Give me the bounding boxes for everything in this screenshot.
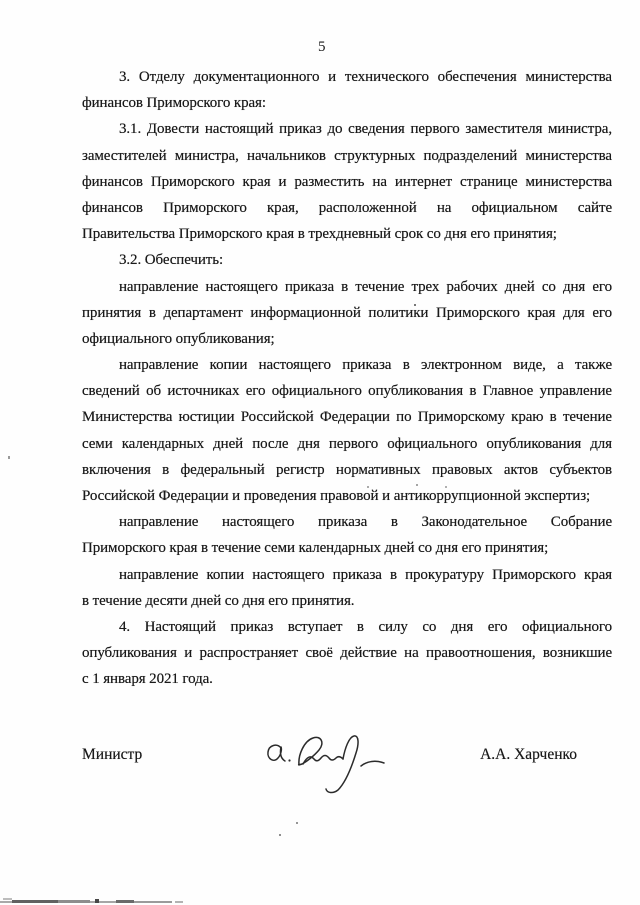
scan-edge-artifact: [134, 901, 172, 903]
scan-edge-artifact: [90, 901, 116, 903]
text-line: с 1 января 2021 года.: [82, 666, 612, 692]
text-line: включения в федеральный регистр норматив…: [82, 457, 612, 483]
text-line: семи календарных дней после дня первого …: [82, 431, 612, 457]
text-line: сведений об источниках его официального …: [82, 378, 612, 404]
text-line: в течение десяти дней со дня его приняти…: [82, 588, 612, 614]
text-line: 3. Отделу документационного и техническо…: [82, 64, 612, 90]
signer-name-label: А.А. Харченко: [480, 746, 577, 764]
text-line: 4. Настоящий приказ вступает в силу со д…: [82, 614, 612, 640]
scan-speck: [296, 822, 298, 824]
scanned-document-page: 5 3. Отделу документационного и техничес…: [0, 0, 640, 905]
scan-edge-artifact: [95, 899, 99, 903]
scan-edge-artifact: [0, 901, 12, 903]
text-line: направление настоящего приказа в Законод…: [82, 509, 612, 535]
scan-speck: [416, 484, 418, 486]
text-line: опубликования и распространяет своё дейс…: [82, 640, 612, 666]
text-line: 3.2. Обеспечить:: [82, 247, 612, 273]
text-line: Правительства Приморского края в трехдне…: [82, 221, 612, 247]
scan-edge-artifact: [175, 901, 183, 903]
text-line: финансов Приморского края и разместить н…: [82, 169, 612, 195]
scan-speck: [8, 456, 10, 459]
document-body: 3. Отделу документационного и техническо…: [82, 64, 612, 693]
page-number: 5: [0, 39, 640, 56]
scan-speck: [445, 486, 447, 488]
scan-speck: [367, 486, 369, 488]
scan-edge-artifact: [116, 900, 134, 903]
signer-role-label: Министр: [82, 746, 142, 764]
text-line: направление копии настоящего приказа в п…: [82, 562, 612, 588]
text-line: Российской Федерации и проведения правов…: [82, 483, 612, 509]
text-line: направление копии настоящего приказа в э…: [82, 352, 612, 378]
text-line: финансов Приморского края, расположенной…: [82, 195, 612, 221]
scan-edge-artifact: [3, 898, 12, 900]
text-line: Приморского края в течение семи календар…: [82, 535, 612, 561]
text-line: заместителей министра, начальников струк…: [82, 143, 612, 169]
scan-edge-artifact: [12, 900, 58, 903]
text-line: Министерства юстиции Российской Федераци…: [82, 404, 612, 430]
text-line: 3.1. Довести настоящий приказ до сведени…: [82, 116, 612, 142]
handwritten-signature-icon: [252, 731, 397, 801]
scan-speck: [414, 304, 416, 306]
text-line: направление настоящего приказа в течение…: [82, 274, 612, 300]
text-line: принятия в департамент информационной по…: [82, 300, 612, 326]
text-line: официального опубликования;: [82, 326, 612, 352]
scan-speck: [279, 834, 281, 836]
text-line: финансов Приморского края:: [82, 90, 612, 116]
scan-edge-artifact: [58, 900, 90, 903]
